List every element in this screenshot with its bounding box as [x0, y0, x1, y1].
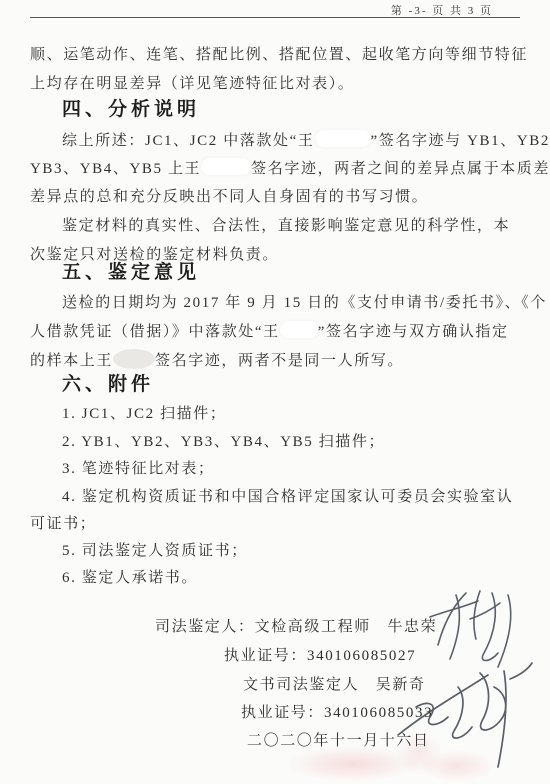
redaction-box [201, 158, 251, 175]
section-heading-attachments: 六、附件 [62, 374, 154, 394]
body-line-s4-2: YB3、YB4、YB5 上王签名字迹，两者之间的差异点属于本质差异， [30, 158, 550, 179]
attachment-item-5: 5. 司法鉴定人资质证书； [62, 541, 248, 561]
text-segment: 综上所述：JC1、JC2 中落款处“王 [62, 133, 315, 149]
document-page: 第 -3- 页 共 3 页 顺、运笔动作、连笔、搭配比例、搭配位置、起收笔方向等… [0, 0, 550, 784]
body-line-s4-4: 鉴定材料的真实性、合法性，直接影响鉴定意见的科学性，本 [62, 216, 510, 236]
text-segment: ”签名字迹与双方确认指定 [318, 324, 509, 340]
body-line-s5-1: 送检的日期均为 2017 年 9 月 15 日的《支付申请书/委托书》、《个 [62, 293, 547, 313]
body-line-intro-1: 顺、运笔动作、连笔、搭配比例、搭配位置、起收笔方向等细节特征 [30, 45, 528, 65]
attachment-item-2: 2. YB1、YB2、YB3、YB4、YB5 扫描件； [62, 432, 385, 452]
body-line-s5-3: 的样本上王签名字迹，两者不是同一人所写。 [30, 349, 404, 371]
page-number-label: 第 -3- 页 共 3 页 [391, 2, 493, 18]
text-segment: 签名字迹，两者之间的差异点属于本质差异， [251, 161, 550, 177]
attachment-item-6: 6. 鉴定人承诺书。 [62, 568, 198, 588]
text-segment: ”签名字迹与 YB1、YB2、 [371, 133, 550, 149]
redaction-box [280, 321, 318, 338]
body-line-s5-2: 人借款凭证（借据）》中落款处“王”签名字迹与双方确认指定 [30, 321, 509, 342]
redaction-box [315, 130, 371, 147]
text-segment: 的样本上王 [30, 353, 113, 369]
text-segment: 人借款凭证（借据）》中落款处“王 [30, 324, 280, 340]
handwritten-signatures [380, 575, 550, 784]
text-segment: 签名字迹，两者不是同一人所写。 [155, 353, 404, 369]
attachment-item-3: 3. 笔迹特征比对表； [62, 459, 215, 479]
text-segment: YB3、YB4、YB5 上王 [30, 161, 201, 177]
attachment-item-4-line-1: 4. 鉴定机构资质证书和中国合格评定国家认可委员会实验室认 [62, 487, 513, 507]
attachment-item-4-line-2: 可证书； [30, 514, 96, 534]
attachment-item-1: 1. JC1、JC2 扫描件； [62, 404, 226, 424]
section-heading-opinion: 五、鉴定意见 [62, 262, 200, 282]
section-heading-analysis: 四、分析说明 [62, 99, 200, 119]
body-line-s4-1: 综上所述：JC1、JC2 中落款处“王”签名字迹与 YB1、YB2、 [62, 130, 550, 151]
handwritten-signature-niuzhongrong [430, 591, 511, 667]
handwritten-signature-wuxinqi [398, 663, 532, 767]
redaction-box [113, 349, 155, 369]
body-line-s4-3: 差异点的总和充分反映出不同人自身固有的书写习惯。 [30, 187, 428, 207]
header-rule [30, 17, 520, 18]
body-line-intro-2: 上均存在明显差异（详见笔迹特征比对表）。 [30, 74, 355, 94]
